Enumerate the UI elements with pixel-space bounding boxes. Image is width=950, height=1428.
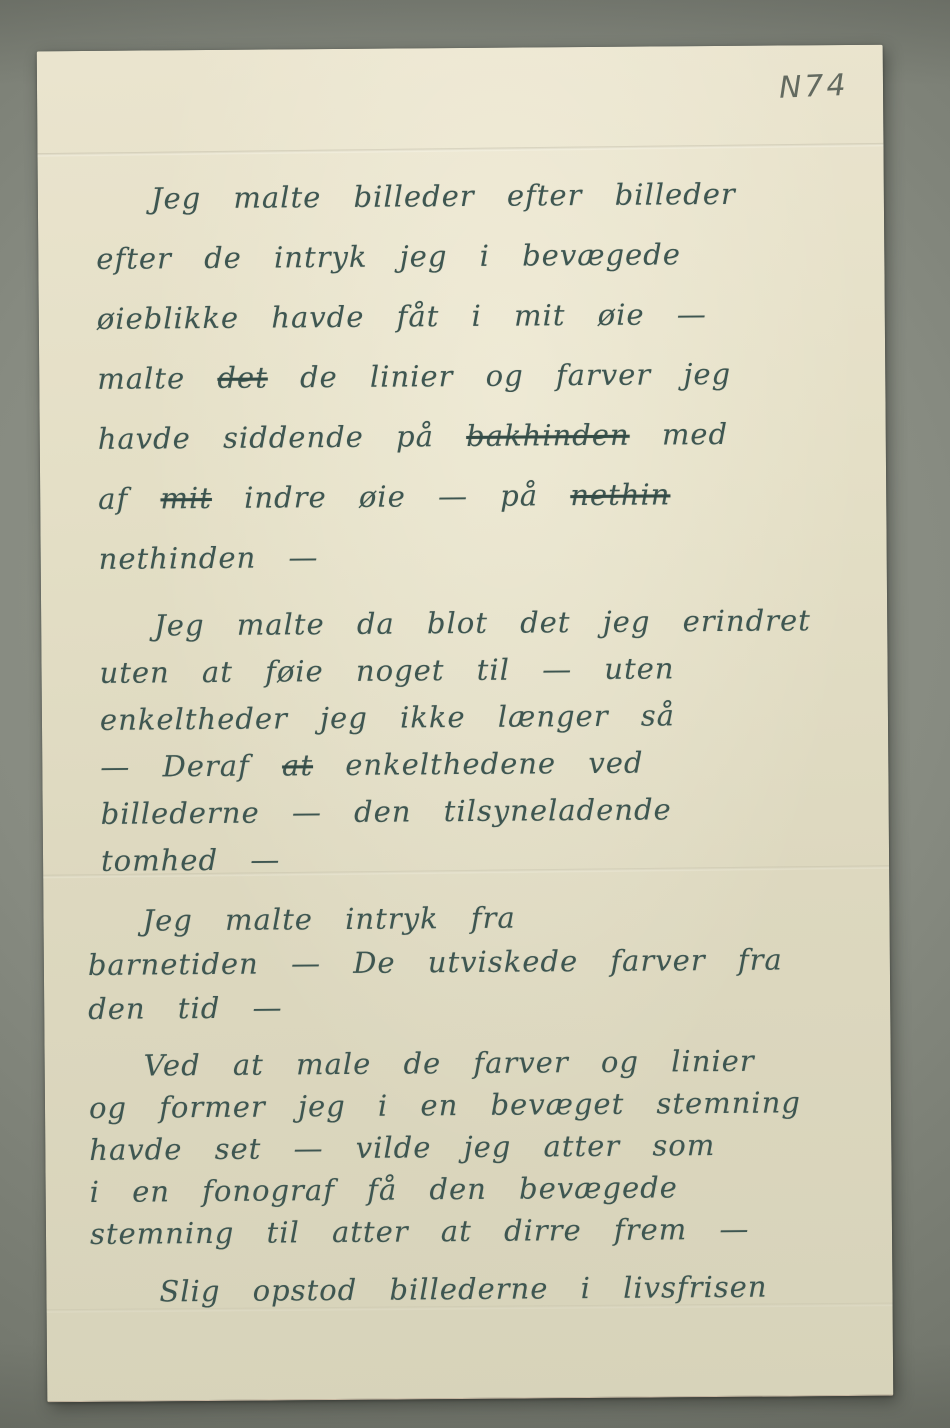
- struck-word: at: [282, 748, 313, 782]
- paper-sheet: N74 Jeg malte billeder efter billedereft…: [37, 45, 894, 1403]
- handwritten-text: Slig opstod billederne i livsfrisen: [159, 1270, 767, 1309]
- handwritten-text: af: [98, 481, 161, 515]
- manuscript-line: havde siddende på bakhinden med: [98, 403, 864, 469]
- handwritten-text: Ved at male de farver og linier: [144, 1044, 755, 1083]
- fold-crease-top: [38, 143, 884, 157]
- manuscript-line: Jeg malte billeder efter billeder: [96, 163, 862, 229]
- manuscript-paragraph: Slig opstod billederne i livsfrisen: [104, 1263, 870, 1315]
- handwritten-text: efter de intryk jeg i bevægede: [96, 237, 681, 276]
- handwritten-text: og former jeg i en bevæget stemning: [89, 1085, 801, 1125]
- manuscript-line: Ved at male de farver og linier: [89, 1039, 869, 1087]
- handwritten-text: med: [630, 417, 729, 452]
- manuscript-line: malte det de linier og farver jeg: [97, 343, 863, 409]
- handwritten-text: indre øie — på: [212, 478, 571, 515]
- manuscript-line: øieblikke havde fåt i mit øie —: [97, 283, 863, 349]
- manuscript-line: nethinden —: [98, 523, 864, 589]
- manuscript-line: den tid —: [88, 981, 868, 1031]
- manuscript-line: Jeg malte intryk fra: [87, 893, 867, 943]
- handwritten-text: i en fonograf få den bevægede: [90, 1170, 678, 1209]
- handwritten-text: Jeg malte da blot det jeg erindret: [154, 603, 811, 642]
- manuscript-line: — Deraf at enkelthedene ved: [100, 738, 866, 791]
- manuscript-line: i en fonograf få den bevægede: [90, 1165, 870, 1213]
- manuscript-line: efter de intryk jeg i bevægede: [96, 223, 862, 289]
- handwritten-text: den tid —: [88, 990, 283, 1026]
- handwritten-text: nethinden —: [99, 540, 319, 576]
- manuscript-line: stemning til atter at dirre frem —: [90, 1207, 870, 1255]
- handwritten-text: stemning til atter at dirre frem —: [90, 1212, 750, 1251]
- manuscript-text: Jeg malte billeder efter billederefter d…: [96, 163, 871, 1329]
- manuscript-line: Jeg malte da blot det jeg erindret: [99, 597, 865, 650]
- struck-word: bakhinden: [466, 418, 630, 453]
- handwritten-text: enkelthedene ved: [313, 746, 644, 783]
- handwritten-text: Jeg malte intryk fra: [142, 901, 515, 938]
- manuscript-paragraph: Jeg malte intryk frabarnetiden — De utvi…: [101, 893, 868, 1031]
- struck-word: det: [217, 361, 268, 395]
- handwritten-text: barnetiden — De utviskede farver fra: [88, 943, 783, 982]
- manuscript-line: uten at føie noget til — uten: [99, 644, 865, 697]
- handwritten-text: havde siddende på: [98, 419, 467, 456]
- struck-word: nethin: [570, 477, 670, 512]
- manuscript-line: Slig opstod billederne i livsfrisen: [104, 1263, 870, 1315]
- handwritten-text: enkeltheder jeg ikke længer så: [100, 698, 675, 737]
- handwritten-text: billederne — den tilsyneladende: [101, 792, 672, 830]
- manuscript-paragraph: Jeg malte billeder efter billederefter d…: [96, 163, 865, 589]
- manuscript-paragraph: Jeg malte da blot det jeg erindretuten a…: [99, 597, 867, 885]
- manuscript-line: enkeltheder jeg ikke længer så: [100, 691, 866, 744]
- handwritten-text: Jeg malte billeder efter billeder: [151, 177, 736, 216]
- manuscript-paragraph: Ved at male de farver og linierog former…: [103, 1039, 871, 1255]
- manuscript-line: af mit indre øie — på nethin: [98, 463, 864, 529]
- handwritten-text: malte: [97, 361, 217, 396]
- handwritten-text: — Deraf: [100, 748, 282, 783]
- handwritten-text: havde set — vilde jeg atter som: [89, 1128, 715, 1167]
- manuscript-line: barnetiden — De utviskede farver fra: [88, 937, 868, 987]
- struck-word: mit: [160, 481, 212, 515]
- manuscript-line: havde set — vilde jeg atter som: [89, 1123, 869, 1171]
- manuscript-line: tomhed —: [101, 832, 867, 885]
- handwritten-text: tomhed —: [101, 842, 280, 877]
- handwritten-text: de linier og farver jeg: [268, 357, 732, 395]
- handwritten-text: uten at føie noget til — uten: [99, 651, 674, 690]
- handwritten-text: øieblikke havde fåt i mit øie —: [97, 297, 707, 336]
- manuscript-line: billederne — den tilsyneladende: [101, 785, 867, 838]
- archive-number: N74: [779, 68, 850, 106]
- manuscript-line: og former jeg i en bevæget stemning: [89, 1081, 869, 1129]
